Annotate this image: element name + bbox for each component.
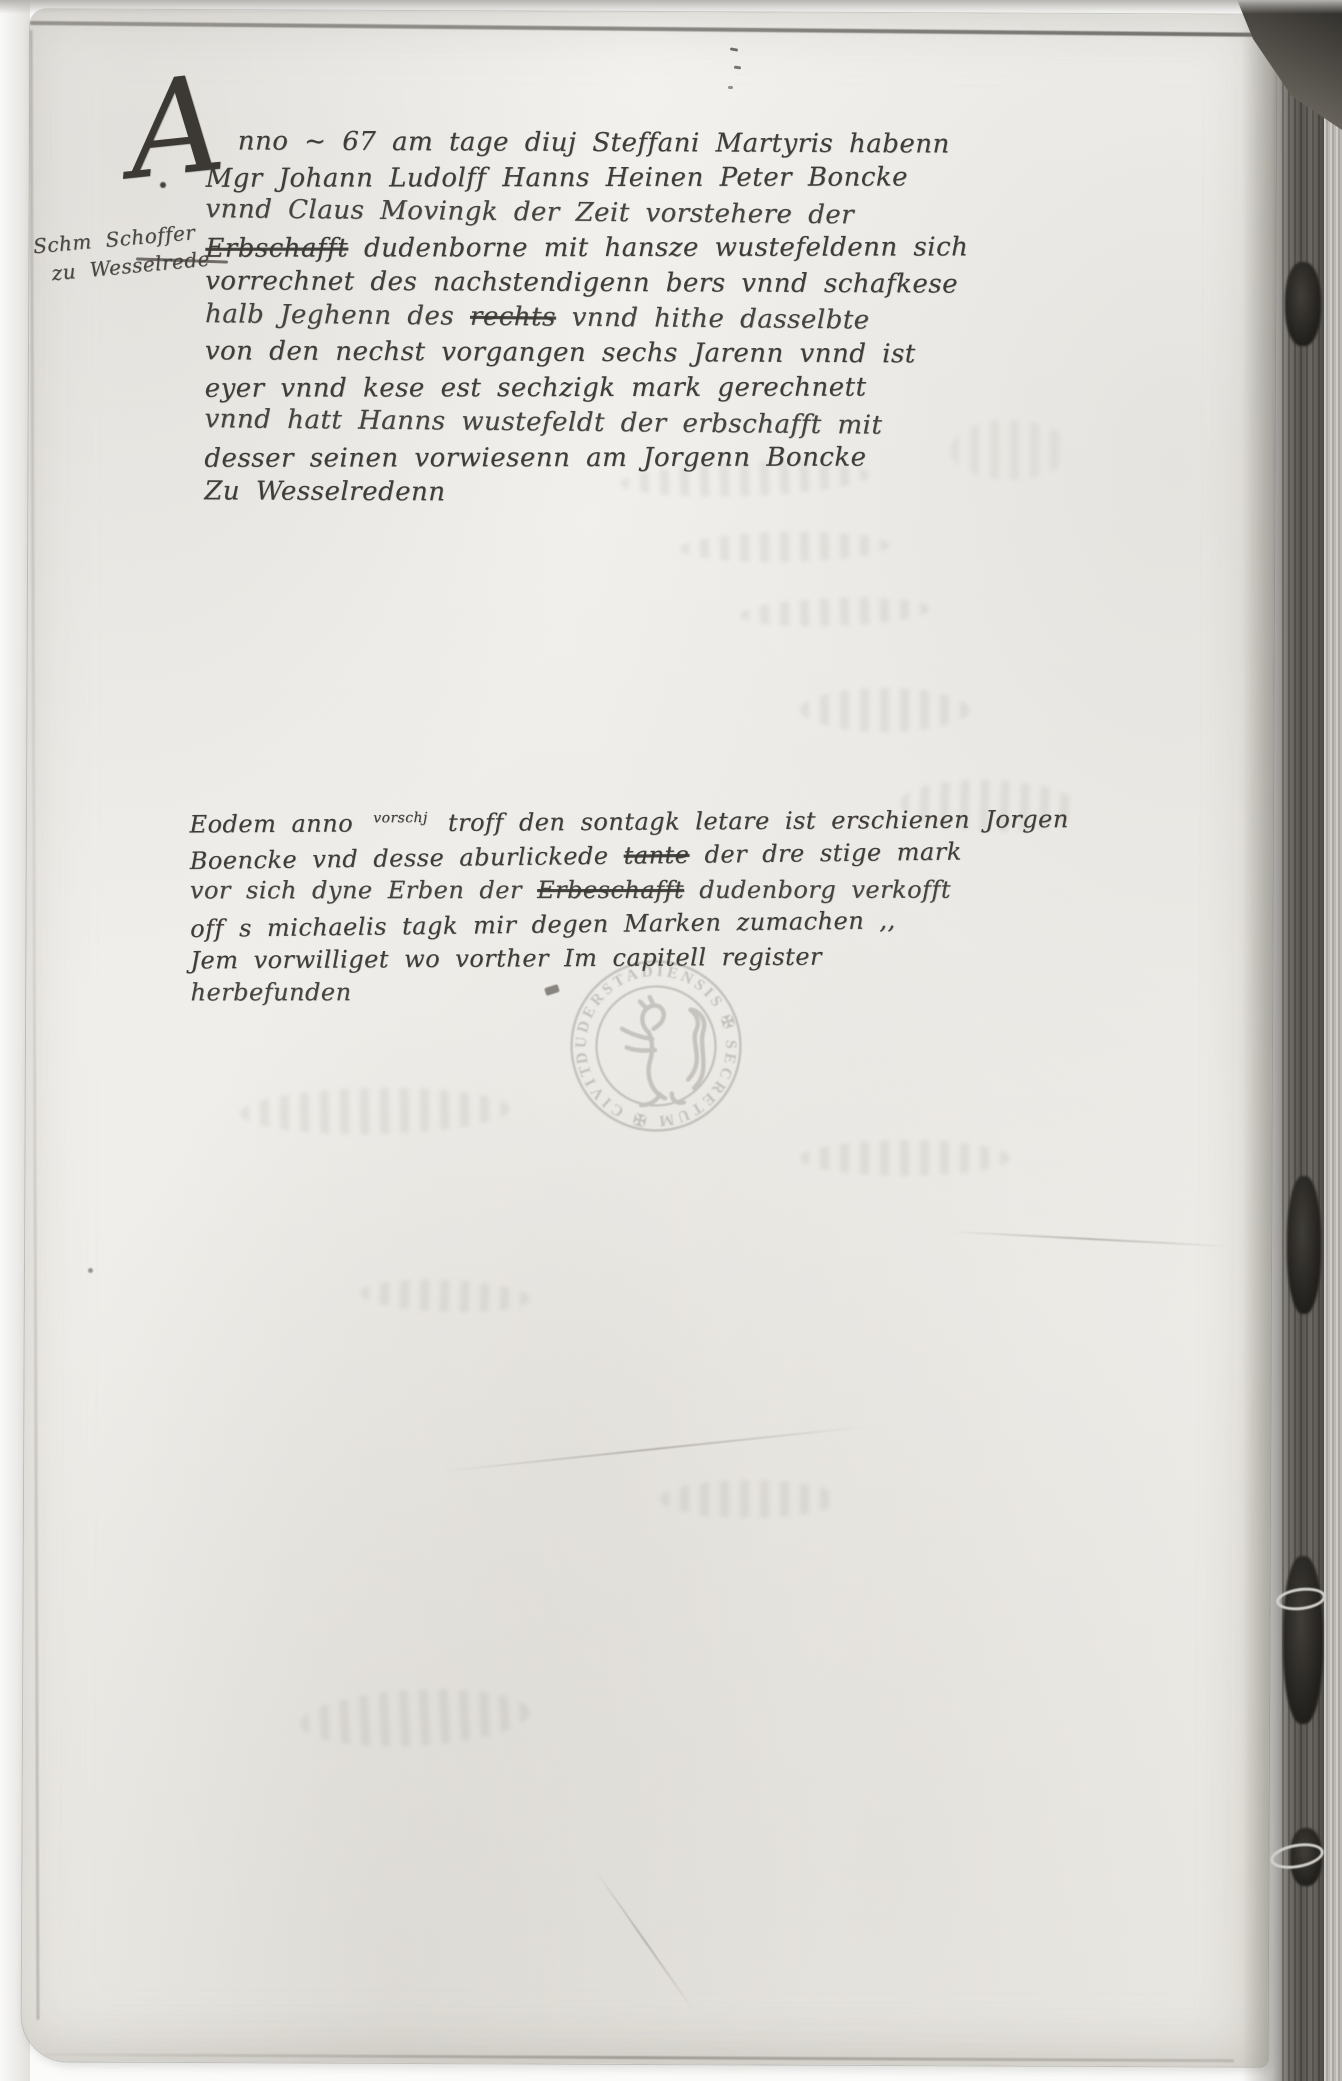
handwritten-line: desser seinen vorwiesenn am Jorgenn Bonc…	[204, 440, 1004, 476]
gutter-shadow	[1242, 0, 1282, 2081]
handwritten-line: von den nechst vorgangen sechs Jarenn vn…	[205, 334, 1005, 372]
binding-knot	[1283, 1556, 1323, 1724]
handwritten-line: vor sich dyne Erben der Erbeschafft dude…	[190, 873, 1000, 908]
ink-speck	[88, 1268, 93, 1273]
handwritten-line: herbefunden	[191, 975, 1001, 1010]
handwritten-line: halb Jeghenn des rechts vnnd hithe dasse…	[205, 297, 1005, 340]
ink-bleedthrough	[800, 688, 970, 732]
binding-knot	[1285, 262, 1321, 346]
binding-knot	[1287, 1176, 1321, 1314]
handwritten-line: Zu Wesselredenn	[204, 474, 1004, 512]
handwritten-line: vorrechnet des nachstendigenn bers vnnd …	[205, 264, 1005, 302]
handwritten-line: eyer vnnd kese est sechzigk mark gerechn…	[205, 370, 1005, 406]
handwritten-line: vnnd Claus Movingk der Zeit vorstehere d…	[205, 192, 1005, 235]
handwritten-line: nno ~ 67 am tage diuj Steffani Martyris …	[238, 124, 1006, 162]
ink-blot	[160, 182, 166, 188]
handwritten-line: vnnd hatt Hanns wustefeldt der erbschaff…	[204, 402, 1004, 445]
ink-bleedthrough	[660, 1480, 840, 1518]
pen-trial-mark	[734, 66, 741, 70]
scan-background-top	[0, 0, 1342, 14]
page-edge-stack	[1324, 0, 1342, 2081]
pen-trial-mark	[728, 86, 733, 89]
main-paragraph: nno ~ 67 am tage diuj Steffani Martyris …	[204, 124, 1006, 512]
ink-bleedthrough	[800, 1140, 1010, 1176]
second-paragraph: Eodem anno vorschj troff den sontagk let…	[189, 798, 1000, 1012]
handwritten-line: Mgr Johann Ludolff Hanns Heinen Peter Bo…	[206, 160, 1006, 196]
handwritten-line: Erbschafft dudenborne mit hansze wustefe…	[205, 230, 1005, 266]
